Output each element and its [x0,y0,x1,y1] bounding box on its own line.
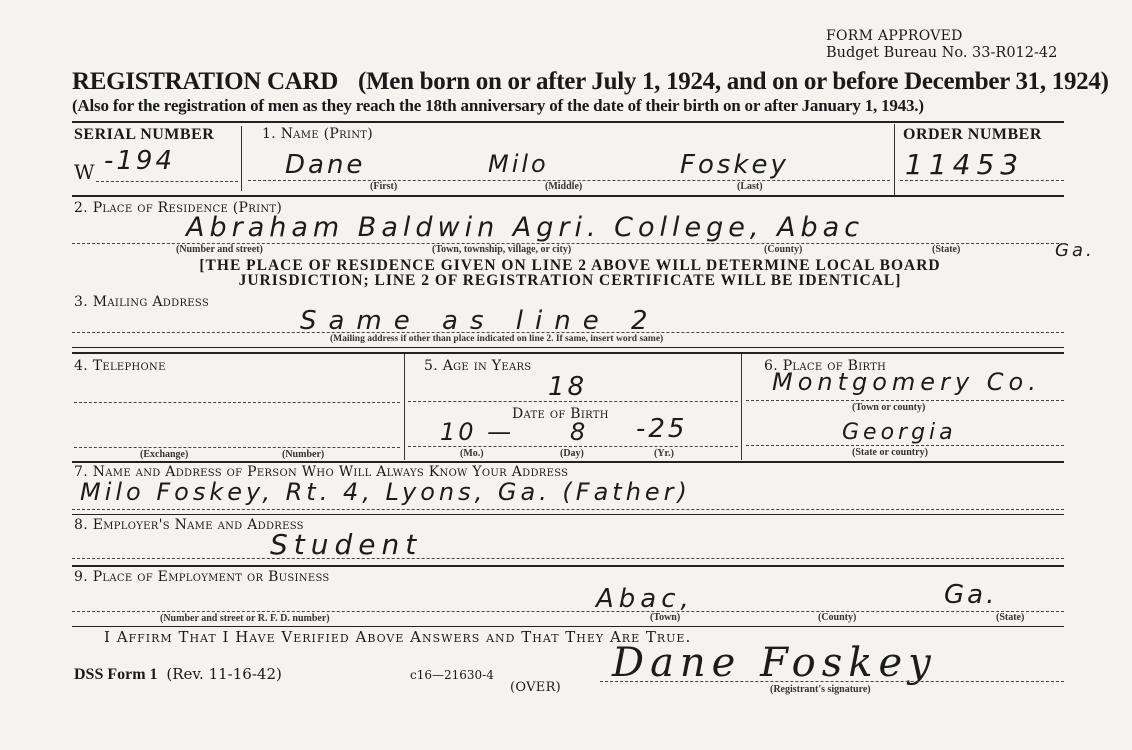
jurisdiction-notice: [THE PLACE OF RESIDENCE GIVEN ON LINE 2 … [100,258,1040,288]
order-number-label: ORDER NUMBER [903,126,1042,144]
order-line [900,180,1064,181]
section-rule [72,347,1064,348]
divider [241,126,242,191]
form-approved-label: FORM APPROVED [826,28,1057,45]
serial-line [96,181,238,182]
middle-caption: (Middle) [545,181,582,192]
signature-caption: (Registrant's signature) [770,684,871,695]
contact-line [72,509,1064,510]
title-birth-range: (Men born on or after July 1, 1924, and … [358,68,1109,95]
birth-town-caption: (Town or county) [852,402,925,413]
over-note: (OVER) [510,680,561,695]
age-label: 5. Age in Years [424,358,531,374]
registration-card: FORM APPROVED Budget Bureau No. 33-R012-… [0,0,1132,750]
birth-month-value: 10 — [440,418,514,446]
age-line [408,401,738,402]
mailing-line [72,332,1064,333]
employment-state-value: Ga. [944,580,997,610]
registrant-signature: Dane Foskey [612,640,937,686]
middle-name-value: Milo [488,150,549,178]
birth-town-line [746,400,1064,401]
form-name: DSS Form 1 [74,666,158,683]
residence-state-caption: (State) [932,244,960,255]
notice-line-1: [THE PLACE OF RESIDENCE GIVEN ON LINE 2 … [100,258,1040,273]
day-caption: (Day) [560,448,584,459]
telephone-number-line [74,447,400,448]
residence-county-caption: (County) [764,244,802,255]
serial-prefix: W [74,160,95,184]
birth-year: 25 [648,414,687,444]
order-number-value: 11453 [905,148,1024,181]
birth-state-line [746,445,1064,446]
section-rule [72,565,1064,567]
residence-street-caption: (Number and street) [176,244,263,255]
birth-day-value: 8 [570,418,588,446]
employment-town-caption: (Town) [650,612,680,623]
section-rule [72,352,1064,354]
number-caption: (Number) [282,449,324,460]
employment-town-value: Abac, [596,584,694,614]
last-name-value: Foskey [680,150,789,180]
contact-person-value: Milo Foskey, Rt. 4, Lyons, Ga. (Father) [80,478,691,506]
employer-line [72,558,1064,559]
mailing-address-label: 3. Mailing Address [74,294,209,310]
card-subtitle: (Also for the registration of men as the… [72,96,924,116]
divider [404,354,405,460]
card-title: REGISTRATION CARD (Men born on or after … [72,68,1109,96]
telephone-label: 4. Telephone [74,358,166,374]
employer-value: Student [270,528,422,561]
employment-line [72,611,1064,612]
form-revision: (Rev. 11-16-42) [166,665,282,683]
employment-state-caption: (State) [996,612,1024,623]
last-caption: (Last) [737,181,763,192]
birth-state-caption: (State or country) [852,447,928,458]
affirmation-text: I Affirm That I Have Verified Above Answ… [104,628,691,646]
employment-street-caption: (Number and street or R. F. D. number) [160,613,330,624]
form-id: DSS Form 1 (Rev. 11-16-42) [74,665,282,684]
age-value: 18 [548,372,587,402]
serial-number-label: SERIAL NUMBER [74,126,214,144]
mailing-caption: (Mailing address if other than place ind… [330,334,663,344]
employment-place-label: 9. Place of Employment or Business [74,569,330,585]
name-label: 1. Name (Print) [262,126,373,142]
residence-value: Abraham Baldwin Agri. College, Abac [186,212,864,243]
year-caption: (Yr.) [654,448,674,459]
birth-state-value: Georgia [842,420,957,445]
section-rule [72,514,1064,515]
section-rule [72,195,1064,197]
birth-year-value: -25 [636,414,687,444]
print-code: c16—21630-4 [410,668,494,682]
month-caption: (Mo.) [460,448,484,459]
form-approved-block: FORM APPROVED Budget Bureau No. 33-R012-… [826,28,1057,62]
first-caption: (First) [370,181,397,192]
residence-town-caption: (Town, township, village, or city) [432,244,571,255]
header-rule [72,121,1064,123]
birth-month: 10 [440,418,477,446]
date-of-birth-label: Date of Birth [512,406,609,422]
divider [741,354,742,460]
serial-number-value: -194 [104,146,175,176]
title-text: REGISTRATION CARD [72,68,338,95]
budget-bureau-number: Budget Bureau No. 33-R012-42 [826,45,1057,62]
section-rule [72,461,1064,463]
divider [894,124,895,196]
section-rule [72,626,1064,627]
employment-county-caption: (County) [818,612,856,623]
dob-line [408,446,738,447]
birth-town-value: Montgomery Co. [772,368,1041,396]
telephone-exchange-line [74,402,400,403]
exchange-caption: (Exchange) [140,449,188,460]
notice-line-2: JURISDICTION; LINE 2 OF REGISTRATION CER… [100,273,1040,288]
first-name-value: Dane [285,150,365,180]
signature-line [600,681,1064,682]
